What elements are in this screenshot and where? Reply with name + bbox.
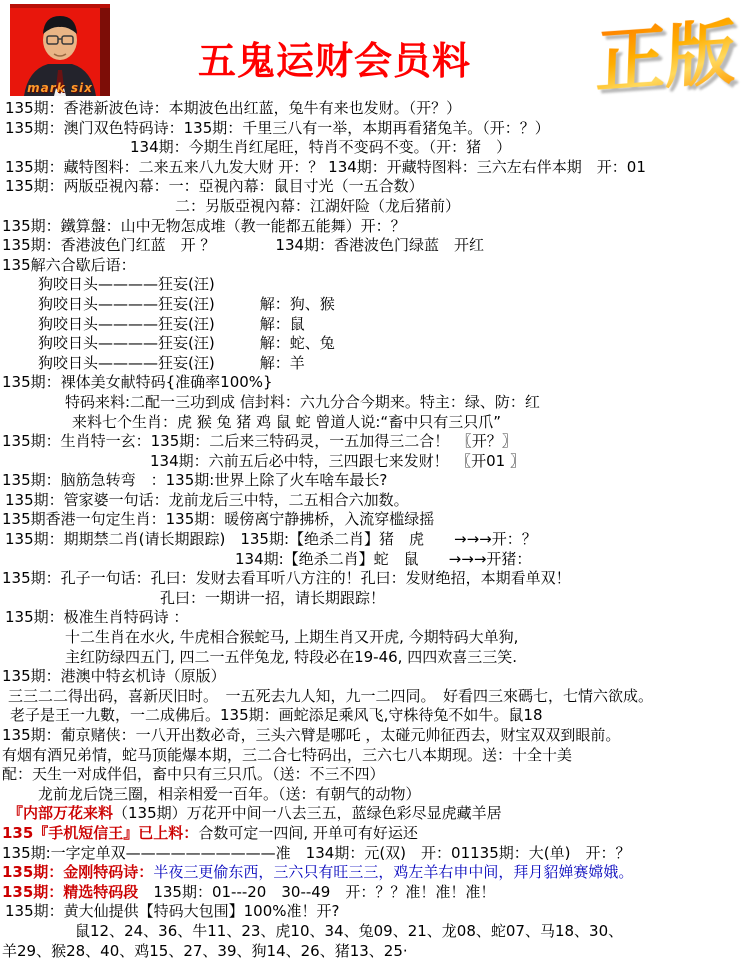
content-lines: 135期：香港新波色诗：本期波色出红蓝，兔牛有来也发财。（开？）135期：澳门双…	[0, 99, 744, 961]
text-line: 135期：鐵算盤：山中无物怎成堆（教一能都五能舞）开：？	[0, 217, 744, 237]
text-segment: 135期：孔子一句话：孔曰：发财去看耳听八方注的！孔曰：发财绝招，本期看单双！	[2, 569, 571, 587]
text-line: 羊29、猴28、40、鸡15、27、39、狗14、26、猪13、25·	[0, 942, 744, 962]
text-line: 135期:一字定单双——————————准 134期：元(双) 开：01135期…	[0, 844, 744, 864]
text-segment: 老子是王一九數，一二成佛后。135期：画蛇添足乘风飞,守株待兔不如牛。鼠18	[10, 706, 543, 724]
text-line: 主红防绿四五门, 四二一五伴兔龙, 特段必在19-46, 四四欢喜三三笑.	[0, 648, 744, 668]
text-segment: 135期：金刚特码诗：	[2, 863, 153, 881]
text-line: 134期：今期生肖红尾旺，特肖不变码不变。（开：猪 ）	[0, 138, 744, 158]
text-line: 鼠12、24、36、牛11、23、虎10、34、兔09、21、龙08、蛇07、马…	[0, 922, 744, 942]
text-segment: 龙前龙后饶三圈，相亲相爱一百年。（送：有朝气的动物）	[38, 785, 421, 803]
text-segment: 135期：葡京赌侠：一八开出数必奇，三头六臂是哪吒 ，太碰元帅征西去，财宝双双到…	[2, 726, 620, 744]
text-segment: 135期：香港新波色诗：本期波色出红蓝，兔牛有来也发财。（开？）	[5, 99, 461, 117]
text-segment: 有烟有酒兄弟情，蛇马顶能爆本期，三二合七特码出，三六七八本期现。送：十全十美	[2, 746, 572, 764]
text-line: 134期:【绝杀二肖】蛇 鼠 →→→开猪：	[0, 550, 744, 570]
genuine-stamp: 正版	[595, 17, 737, 97]
text-line: 135『手机短信王』已上料：合数可定一四间, 开单可有好运还	[0, 824, 744, 844]
text-line: 龙前龙后饶三圈，相亲相爱一百年。（送：有朝气的动物）	[0, 785, 744, 805]
text-line: 135期：脑筋急转弯 ：135期:世界上除了火车啥车最长?	[0, 471, 744, 491]
page-title: 五鬼运财会员料	[198, 30, 471, 85]
text-line: 135期：香港波色门红蓝 开 ？ 134期：香港波色门绿蓝 开红	[0, 236, 744, 256]
text-line: 『内部万花来料（135期）万花开中间一八去三五，蓝绿色彩尽显虎藏羊居	[0, 804, 744, 824]
text-segment: 135期：脑筋急转弯 ：135期:世界上除了火车啥车最长?	[2, 471, 387, 489]
page-header: mark six 五鬼运财会员料 正版	[0, 0, 744, 100]
text-line: 特码来料:二配一三功到成 信封料：六九分合今期来。特主：绿、防：红	[0, 393, 744, 413]
text-segment: 135期：鐵算盤：山中无物怎成堆（教一能都五能舞）开：？	[2, 217, 406, 235]
text-segment: 135期：藏特图料：二来五来八九发大财 开：？ 134期：开藏特图料：三六左右伴…	[5, 158, 646, 176]
text-line: 狗咬日头————狂妄(汪) 解：鼠	[0, 315, 744, 335]
text-segment: 135期：港澳中特玄机诗（原版）	[2, 667, 226, 685]
text-line: 135期：管家婆一句话：龙前龙后三中特，二五相合六加数。	[0, 491, 744, 511]
text-segment: 135期：极准生肖特码诗 ：	[5, 608, 188, 626]
text-segment: 狗咬日头————狂妄(汪) 解：蛇、兔	[38, 334, 335, 352]
text-segment: 135期：澳门双色特码诗：135期：千里三八有一举，本期再看猪兔羊。（开：？）	[5, 119, 550, 137]
text-segment: 半夜三更偷东西，三六只有旺三三，鸡左羊右申中间，拜月貂婵赛嫦娥。	[153, 863, 633, 881]
text-segment: 狗咬日头————狂妄(汪) 解：羊	[38, 354, 305, 372]
text-line: 有烟有酒兄弟情，蛇马顶能爆本期，三二合七特码出，三六七八本期现。送：十全十美	[0, 746, 744, 766]
text-segment: 来料七个生肖：虎 猴 兔 猪 鸡 鼠 蛇 曾道人说:“畜中只有三只爪”	[72, 413, 501, 431]
text-line: 135期：精选特码段 135期：01---20 30--49 开：？？准！准！准…	[0, 883, 744, 903]
text-segment: 135期：精选特码段	[2, 883, 138, 901]
text-line: 135期：极准生肖特码诗 ：	[0, 608, 744, 628]
text-line: 配：天生一对成伴侣，畜中只有三只爪。（送：不三不四）	[0, 765, 744, 785]
text-segment: 134期:【绝杀二肖】蛇 鼠 →→→开猪：	[235, 550, 531, 568]
text-line: 135期：葡京赌侠：一八开出数必奇，三头六臂是哪吒 ，太碰元帅征西去，财宝双双到…	[0, 726, 744, 746]
text-line: 狗咬日头————狂妄(汪) 解：羊	[0, 354, 744, 374]
text-line: 135期：黄大仙提供【特码大包围】100%准！开?	[0, 902, 744, 922]
text-line: 孔曰：一期讲一招，请长期跟踪！	[0, 589, 744, 609]
text-line: 135期：港澳中特玄机诗（原版）	[0, 667, 744, 687]
text-segment: 135期：期期禁二肖(请长期跟踪) 135期:【绝杀二肖】猪 虎 →→→开：？	[5, 530, 537, 548]
text-segment: 135期：裸体美女献特码{准确率100%}	[2, 373, 273, 391]
text-segment: 135期：黄大仙提供【特码大包围】100%准！开?	[5, 902, 339, 920]
text-segment: 135期：香港波色门红蓝 开 ？ 134期：香港波色门绿蓝 开红	[2, 236, 484, 254]
text-segment: 狗咬日头————狂妄(汪) 解：鼠	[38, 315, 305, 333]
text-line: 135期：裸体美女献特码{准确率100%}	[0, 373, 744, 393]
text-segment: 134期：今期生肖红尾旺，特肖不变码不变。（开：猪 ）	[130, 138, 511, 156]
text-line: 135期：藏特图料：二来五来八九发大财 开：？ 134期：开藏特图料：三六左右伴…	[0, 158, 744, 178]
text-line: 狗咬日头————狂妄(汪)	[0, 275, 744, 295]
text-line: 135期：金刚特码诗：半夜三更偷东西，三六只有旺三三，鸡左羊右申中间，拜月貂婵赛…	[0, 863, 744, 883]
text-line: 135期：期期禁二肖(请长期跟踪) 135期:【绝杀二肖】猪 虎 →→→开：？	[0, 530, 744, 550]
text-segment: 狗咬日头————狂妄(汪) 解：狗、猴	[38, 295, 335, 313]
text-segment: 135期：两版亞視內幕：一：亞視內幕：鼠目寸光（一五合数）	[5, 177, 424, 195]
text-segment: 135期：01---20 30--49 开：？？准！准！准！	[138, 883, 495, 901]
text-line: 135解六合歇后语：	[0, 256, 744, 276]
text-segment: （135期）万花开中间一八去三五，蓝绿色彩尽显虎藏羊居	[113, 804, 502, 822]
text-line: 老子是王一九數，一二成佛后。135期：画蛇添足乘风飞,守株待兔不如牛。鼠18	[0, 706, 744, 726]
text-segment: 二：另版亞視內幕：江湖奸险（龙后猪前）	[175, 197, 460, 215]
text-line: 135期：香港新波色诗：本期波色出红蓝，兔牛有来也发财。（开？）	[0, 99, 744, 119]
text-segment: 配：天生一对成伴侣，畜中只有三只爪。（送：不三不四）	[2, 765, 385, 783]
text-line: 135期：两版亞視內幕：一：亞視內幕：鼠目寸光（一五合数）	[0, 177, 744, 197]
text-segment: 孔曰：一期讲一招，请长期跟踪！	[160, 589, 385, 607]
text-segment: 『内部万花来料	[8, 804, 113, 822]
text-segment: 鼠12、24、36、牛11、23、虎10、34、兔09、21、龙08、蛇07、马…	[75, 922, 623, 940]
text-line: 135期香港一句定生肖：135期：暖傍离宁静拂桥，入流穿槛绿摇	[0, 510, 744, 530]
portrait-photo: mark six	[10, 4, 110, 96]
text-segment: 特码来料:二配一三功到成 信封料：六九分合今期来。特主：绿、防：红	[65, 393, 540, 411]
text-line: 135期：孔子一句话：孔曰：发财去看耳听八方注的！孔曰：发财绝招，本期看单双！	[0, 569, 744, 589]
text-line: 狗咬日头————狂妄(汪) 解：蛇、兔	[0, 334, 744, 354]
text-segment: 合数可定一四间, 开单可有好运还	[198, 824, 418, 842]
text-segment: 134期：六前五后必中特，三四跟七来发财！ 〖开01 〗	[150, 452, 525, 470]
text-segment: 狗咬日头————狂妄(汪)	[38, 275, 215, 293]
text-line: 二：另版亞視內幕：江湖奸险（龙后猪前）	[0, 197, 744, 217]
text-segment: 135期香港一句定生肖：135期：暖傍离宁静拂桥，入流穿槛绿摇	[2, 510, 434, 528]
text-segment: 三三二二得出码，喜新厌旧时。 一五死去九人知，九一二四同。 好看四三來碼七，七情…	[8, 687, 653, 705]
text-segment: 十二生肖在水火, 牛虎相合猴蛇马, 上期生肖又开虎, 今期特码大单狗,	[65, 628, 518, 646]
text-line: 三三二二得出码，喜新厌旧时。 一五死去九人知，九一二四同。 好看四三來碼七，七情…	[0, 687, 744, 707]
text-segment: 135期：管家婆一句话：龙前龙后三中特，二五相合六加数。	[5, 491, 409, 509]
text-line: 狗咬日头————狂妄(汪) 解：狗、猴	[0, 295, 744, 315]
text-line: 135期：生肖特一玄：135期：二后来三特码灵，一五加得三二合！ 〖开？〗	[0, 432, 744, 452]
text-line: 十二生肖在水火, 牛虎相合猴蛇马, 上期生肖又开虎, 今期特码大单狗,	[0, 628, 744, 648]
text-segment: 135『手机短信王』已上料：	[2, 824, 198, 842]
text-segment: 135解六合歇后语：	[2, 256, 136, 274]
text-segment: 135期:一字定单双——————————准 134期：元(双) 开：01135期…	[2, 844, 630, 862]
photo-caption-text: mark six	[10, 81, 110, 95]
text-line: 来料七个生肖：虎 猴 兔 猪 鸡 鼠 蛇 曾道人说:“畜中只有三只爪”	[0, 413, 744, 433]
text-segment: 主红防绿四五门, 四二一五伴兔龙, 特段必在19-46, 四四欢喜三三笑.	[65, 648, 517, 666]
text-segment: 135期：生肖特一玄：135期：二后来三特码灵，一五加得三二合！ 〖开？〗	[2, 432, 517, 450]
text-segment: 羊29、猴28、40、鸡15、27、39、狗14、26、猪13、25·	[2, 942, 408, 960]
text-line: 134期：六前五后必中特，三四跟七来发财！ 〖开01 〗	[0, 452, 744, 472]
text-line: 135期：澳门双色特码诗：135期：千里三八有一举，本期再看猪兔羊。（开：？）	[0, 119, 744, 139]
